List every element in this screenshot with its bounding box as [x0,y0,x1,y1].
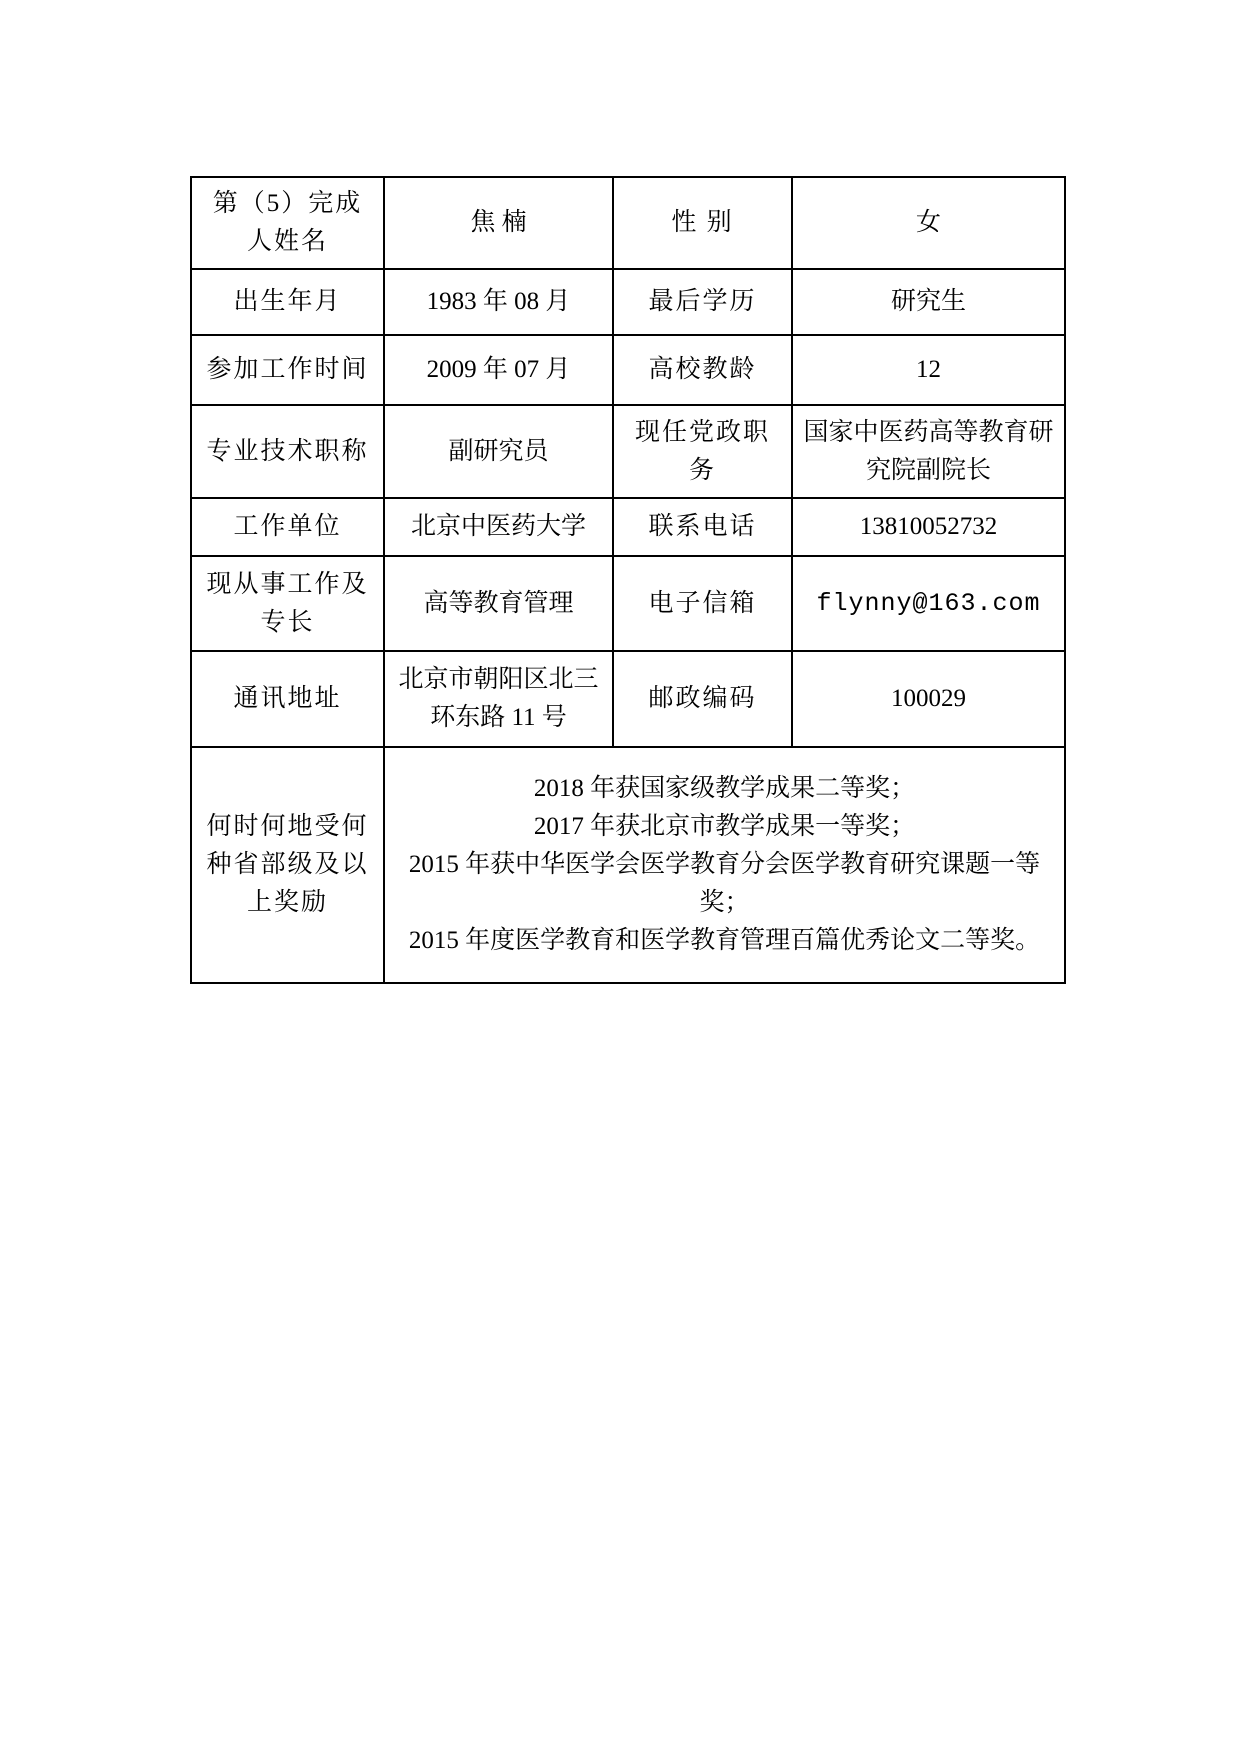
table-row: 通讯地址 北京市朝阳区北三环东路 11 号 邮政编码 100029 [191,651,1065,747]
last-degree-label: 最后学历 [613,269,792,335]
table-row: 工作单位 北京中医药大学 联系电话 13810052732 [191,498,1065,556]
table-row: 出生年月 1983 年 08 月 最后学历 研究生 [191,269,1065,335]
last-degree-value: 研究生 [792,269,1065,335]
award-item: 2017 年获北京市教学成果一等奖； [395,808,1054,846]
work-start-value: 2009 年 07 月 [384,335,613,405]
employer-label: 工作单位 [191,498,384,556]
completer-info-table: 第（5）完成人姓名 焦 楠 性 别 女 出生年月 1983 年 08 月 最后学… [190,176,1066,984]
document-page: 第（5）完成人姓名 焦 楠 性 别 女 出生年月 1983 年 08 月 最后学… [0,0,1241,1754]
professional-title-value: 副研究员 [384,405,613,498]
current-work-label: 现从事工作及专长 [191,556,384,651]
postal-code-value: 100029 [792,651,1065,747]
employer-value: 北京中医药大学 [384,498,613,556]
gender-value: 女 [792,177,1065,269]
phone-label: 联系电话 [613,498,792,556]
current-work-value: 高等教育管理 [384,556,613,651]
mailing-address-value: 北京市朝阳区北三环东路 11 号 [384,651,613,747]
birth-date-value: 1983 年 08 月 [384,269,613,335]
birth-date-label: 出生年月 [191,269,384,335]
award-item: 2015 年度医学教育和医学教育管理百篇优秀论文二等奖。 [395,922,1054,960]
table-row: 专业技术职称 副研究员 现任党政职务 国家中医药高等教育研究院副院长 [191,405,1065,498]
email-value: flynny@163.com [792,556,1065,651]
email-label: 电子信箱 [613,556,792,651]
mailing-address-label: 通讯地址 [191,651,384,747]
professional-title-label: 专业技术职称 [191,405,384,498]
award-item: 2015 年获中华医学会医学教育分会医学教育研究课题一等奖； [395,846,1054,922]
award-item: 2018 年获国家级教学成果二等奖； [395,770,1054,808]
awards-label: 何时何地受何种省部级及以上奖励 [191,747,384,983]
completer-name-label: 第（5）完成人姓名 [191,177,384,269]
table-row: 第（5）完成人姓名 焦 楠 性 别 女 [191,177,1065,269]
gender-label: 性 别 [613,177,792,269]
postal-code-label: 邮政编码 [613,651,792,747]
table-row: 现从事工作及专长 高等教育管理 电子信箱 flynny@163.com [191,556,1065,651]
party-position-label: 现任党政职务 [613,405,792,498]
table-row: 何时何地受何种省部级及以上奖励 2018 年获国家级教学成果二等奖； 2017 … [191,747,1065,983]
teaching-years-label: 高校教龄 [613,335,792,405]
completer-name-value: 焦 楠 [384,177,613,269]
party-position-value: 国家中医药高等教育研究院副院长 [792,405,1065,498]
awards-value: 2018 年获国家级教学成果二等奖； 2017 年获北京市教学成果一等奖； 20… [384,747,1065,983]
work-start-label: 参加工作时间 [191,335,384,405]
teaching-years-value: 12 [792,335,1065,405]
table-row: 参加工作时间 2009 年 07 月 高校教龄 12 [191,335,1065,405]
phone-value: 13810052732 [792,498,1065,556]
